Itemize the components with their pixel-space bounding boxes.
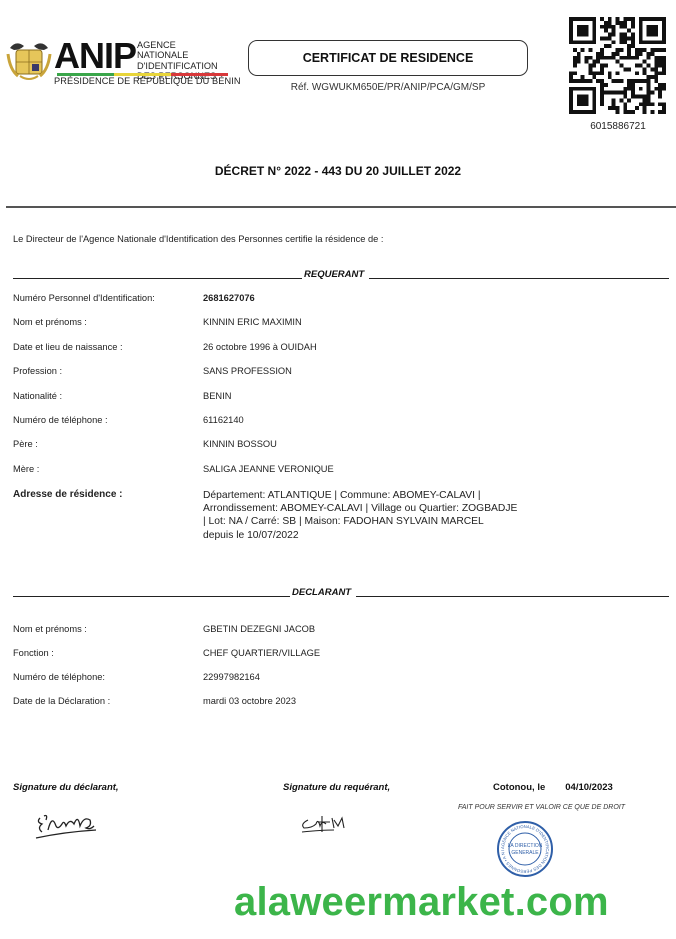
field-value: KINNIN BOSSOU	[203, 439, 277, 449]
field-label: Profession :	[13, 366, 62, 376]
field-label: Nom et prénoms :	[13, 624, 87, 634]
qr-code-icon	[569, 17, 666, 114]
field-value: GBETIN DEZEGNI JACOB	[203, 624, 315, 634]
field-value: 2681627076	[203, 293, 255, 303]
field-value: SANS PROFESSION	[203, 366, 292, 376]
field-value: 61162140	[203, 415, 244, 425]
address-value: Département: ATLANTIQUE | Commune: ABOME…	[203, 489, 583, 542]
declarant-signature-icon	[34, 808, 100, 842]
field-label: Nom et prénoms :	[13, 317, 87, 327]
field-label: Date et lieu de naissance :	[13, 342, 123, 352]
address-line: | Lot: NA / Carré: SB | Maison: FADOHAN …	[203, 515, 583, 528]
field-label: Numéro de téléphone:	[13, 672, 105, 682]
city-label: Cotonou, le	[493, 782, 545, 793]
divider-line	[13, 596, 290, 597]
field-value: mardi 03 octobre 2023	[203, 696, 296, 706]
field-value: KINNIN ERIC MAXIMIN	[203, 317, 302, 327]
signature-declarant-label: Signature du déclarant,	[13, 782, 119, 793]
logo-presidence: PRÉSIDENCE DE RÉPUBLIQUE DU BÉNIN	[54, 76, 241, 86]
requerant-section-header: REQUERANT	[13, 268, 669, 280]
address-line: Arrondissement: ABOMEY-CALAVI | Village …	[203, 502, 583, 515]
validity-statement: FAIT POUR SERVIR ET VALOIR CE QUE DE DRO…	[458, 804, 625, 811]
address-line: depuis le 10/07/2022	[203, 529, 583, 542]
requerant-signature-icon	[298, 812, 352, 838]
field-value: 26 octobre 1996 à OUIDAH	[203, 342, 317, 352]
address-line: Département: ATLANTIQUE | Commune: ABOME…	[203, 489, 583, 502]
section-title: DECLARANT	[292, 587, 351, 598]
signature-requerant-label: Signature du requérant,	[283, 782, 390, 793]
field-label: Nationalité :	[13, 391, 62, 401]
declarant-section-header: DECLARANT	[13, 586, 669, 598]
field-label: Adresse de résidence :	[13, 489, 123, 500]
field-label: Date de la Déclaration :	[13, 696, 110, 706]
reference-number: Réf. WGWUKM650E/PR/ANIP/PCA/GM/SP	[248, 82, 528, 93]
divider-line	[356, 596, 669, 597]
anip-logo: ANIP AGENCE NATIONALE D'IDENTIFICATION D…	[6, 38, 228, 88]
field-label: Père :	[13, 439, 38, 449]
divider-line	[13, 278, 302, 279]
place-date: Cotonou, le04/10/2023	[493, 782, 613, 793]
svg-text:GENERALE: GENERALE	[511, 850, 539, 856]
qr-number: 6015886721	[560, 121, 676, 132]
field-value: BENIN	[203, 391, 231, 401]
official-stamp-icon: AGENCE NATIONALE D'IDENTIFICATION DES PE…	[496, 821, 554, 877]
document-title: CERTIFICAT DE RESIDENCE	[303, 51, 474, 65]
agency-line: AGENCE NATIONALE	[137, 40, 228, 61]
issue-date: 04/10/2023	[565, 782, 613, 793]
field-value: CHEF QUARTIER/VILLAGE	[203, 648, 320, 658]
field-value: SALIGA JEANNE VERONIQUE	[203, 464, 334, 474]
logo-acronym: ANIP	[54, 38, 136, 74]
intro-statement: Le Directeur de l'Agence Nationale d'Ide…	[13, 234, 383, 244]
field-label: Fonction :	[13, 648, 54, 658]
field-value: 22997982164	[203, 672, 260, 682]
decree-heading: DÉCRET N° 2022 - 443 DU 20 JUILLET 2022	[0, 164, 676, 178]
svg-text:LA DIRECTION: LA DIRECTION	[508, 843, 543, 849]
section-title: REQUERANT	[304, 269, 364, 280]
benin-coat-of-arms-icon	[6, 40, 52, 84]
document-title-box: CERTIFICAT DE RESIDENCE	[248, 40, 528, 76]
header-divider	[6, 206, 676, 208]
decree-text: DÉCRET N° 2022 - 443 DU 20 JUILLET 2022	[215, 164, 461, 178]
agency-line: D'IDENTIFICATION	[137, 61, 228, 71]
field-label: Mère :	[13, 464, 39, 474]
watermark-text: alaweermarket.com	[234, 878, 609, 926]
field-label: Numéro Personnel d'Identification:	[13, 293, 155, 303]
field-label: Numéro de téléphone :	[13, 415, 108, 425]
divider-line	[369, 278, 669, 279]
